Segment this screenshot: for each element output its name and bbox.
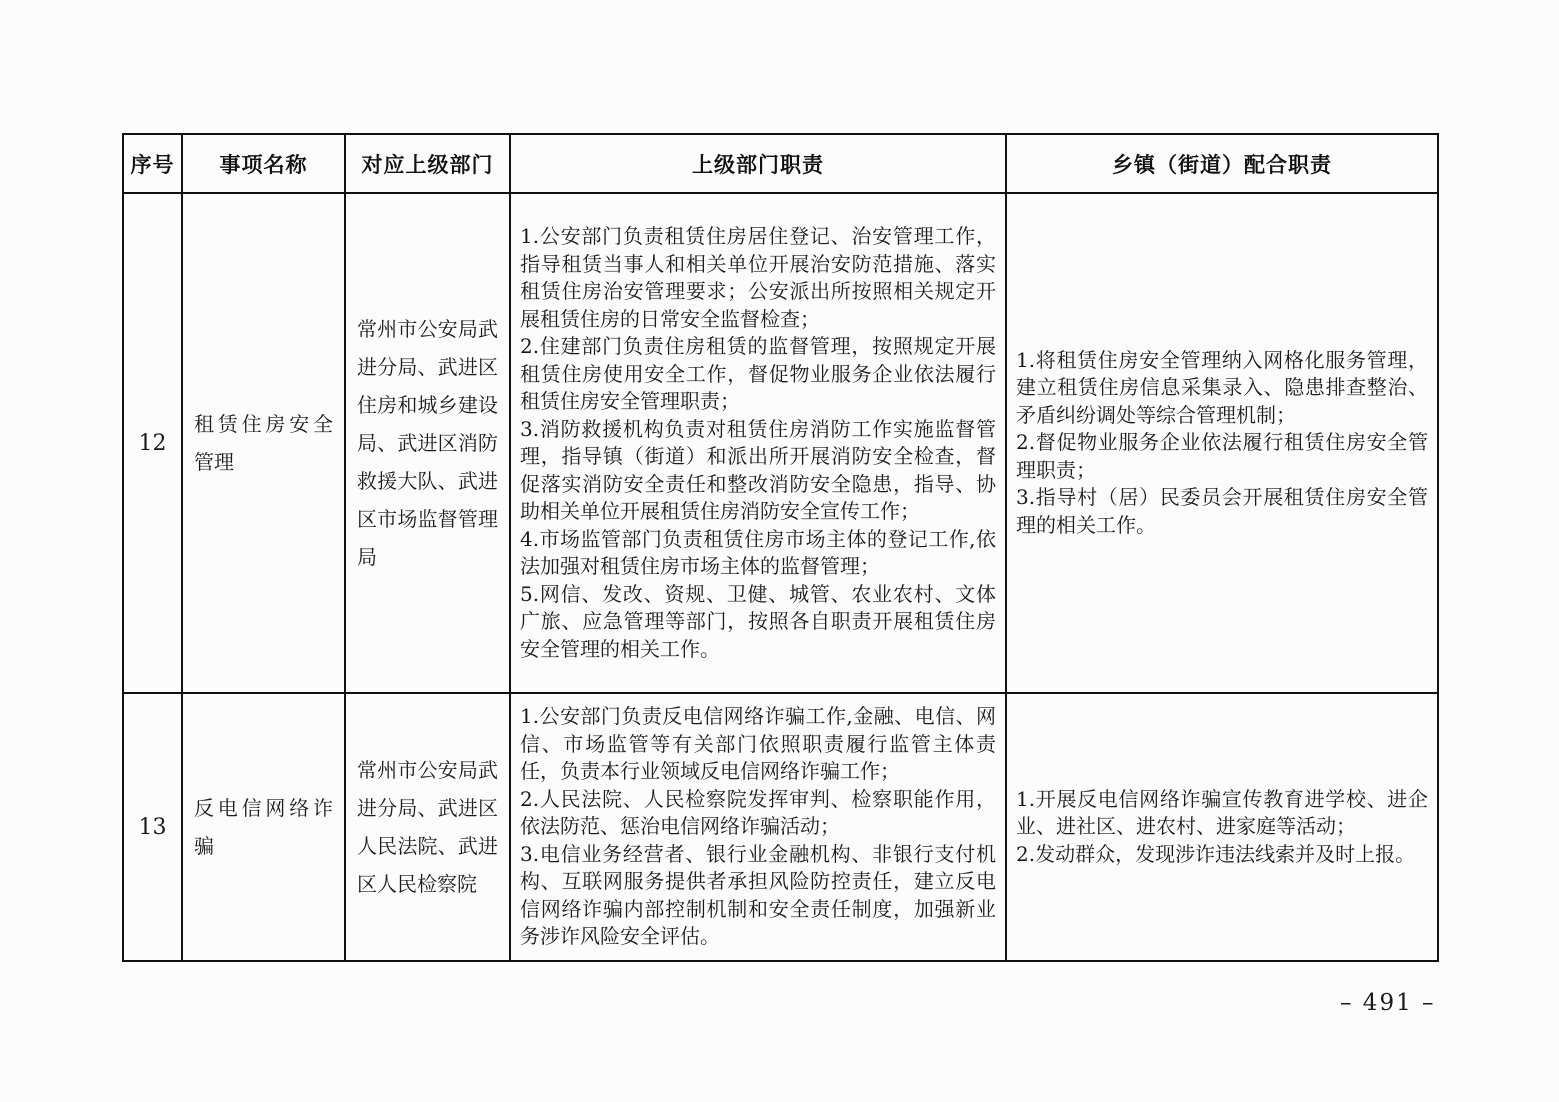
cell-superior-duties: 1.公安部门负责租赁住房居住登记、治安管理工作，指导租赁当事人和相关单位开展治安… bbox=[510, 193, 1006, 693]
cell-item-name: 租赁住房安全管理 bbox=[182, 193, 345, 693]
col-header-superior-duties: 上级部门职责 bbox=[510, 134, 1006, 193]
cell-serial-number: 12 bbox=[123, 193, 182, 693]
cell-superior-department: 常州市公安局武进分局、武进区人民法院、武进区人民检察院 bbox=[345, 693, 510, 961]
table-header-row: 序号 事项名称 对应上级部门 上级部门职责 乡镇（街道）配合职责 bbox=[123, 134, 1438, 193]
table-row-13: 13 反电信网络诈骗 常州市公安局武进分局、武进区人民法院、武进区人民检察院 1… bbox=[123, 693, 1438, 961]
table-row-12: 12 租赁住房安全管理 常州市公安局武进分局、武进区住房和城乡建设局、武进区消防… bbox=[123, 193, 1438, 693]
duties-table: 序号 事项名称 对应上级部门 上级部门职责 乡镇（街道）配合职责 12 租赁住房… bbox=[122, 133, 1439, 962]
col-header-item-name: 事项名称 bbox=[182, 134, 345, 193]
col-header-town-coordination-duties: 乡镇（街道）配合职责 bbox=[1006, 134, 1438, 193]
cell-town-coordination-duties: 1.将租赁住房安全管理纳入网格化服务管理，建立租赁住房信息采集录入、隐患排查整治… bbox=[1006, 193, 1438, 693]
page-number: – 491 – bbox=[1340, 990, 1436, 1016]
cell-superior-duties: 1.公安部门负责反电信网络诈骗工作,金融、电信、网信、市场监管等有关部门依照职责… bbox=[510, 693, 1006, 961]
col-header-serial-number: 序号 bbox=[123, 134, 182, 193]
cell-town-coordination-duties: 1.开展反电信网络诈骗宣传教育进学校、进企业、进社区、进农村、进家庭等活动； 2… bbox=[1006, 693, 1438, 961]
cell-item-name: 反电信网络诈骗 bbox=[182, 693, 345, 961]
cell-serial-number: 13 bbox=[123, 693, 182, 961]
col-header-superior-department: 对应上级部门 bbox=[345, 134, 510, 193]
document-page: 序号 事项名称 对应上级部门 上级部门职责 乡镇（街道）配合职责 12 租赁住房… bbox=[0, 0, 1559, 1102]
cell-superior-department: 常州市公安局武进分局、武进区住房和城乡建设局、武进区消防救援大队、武进区市场监督… bbox=[345, 193, 510, 693]
